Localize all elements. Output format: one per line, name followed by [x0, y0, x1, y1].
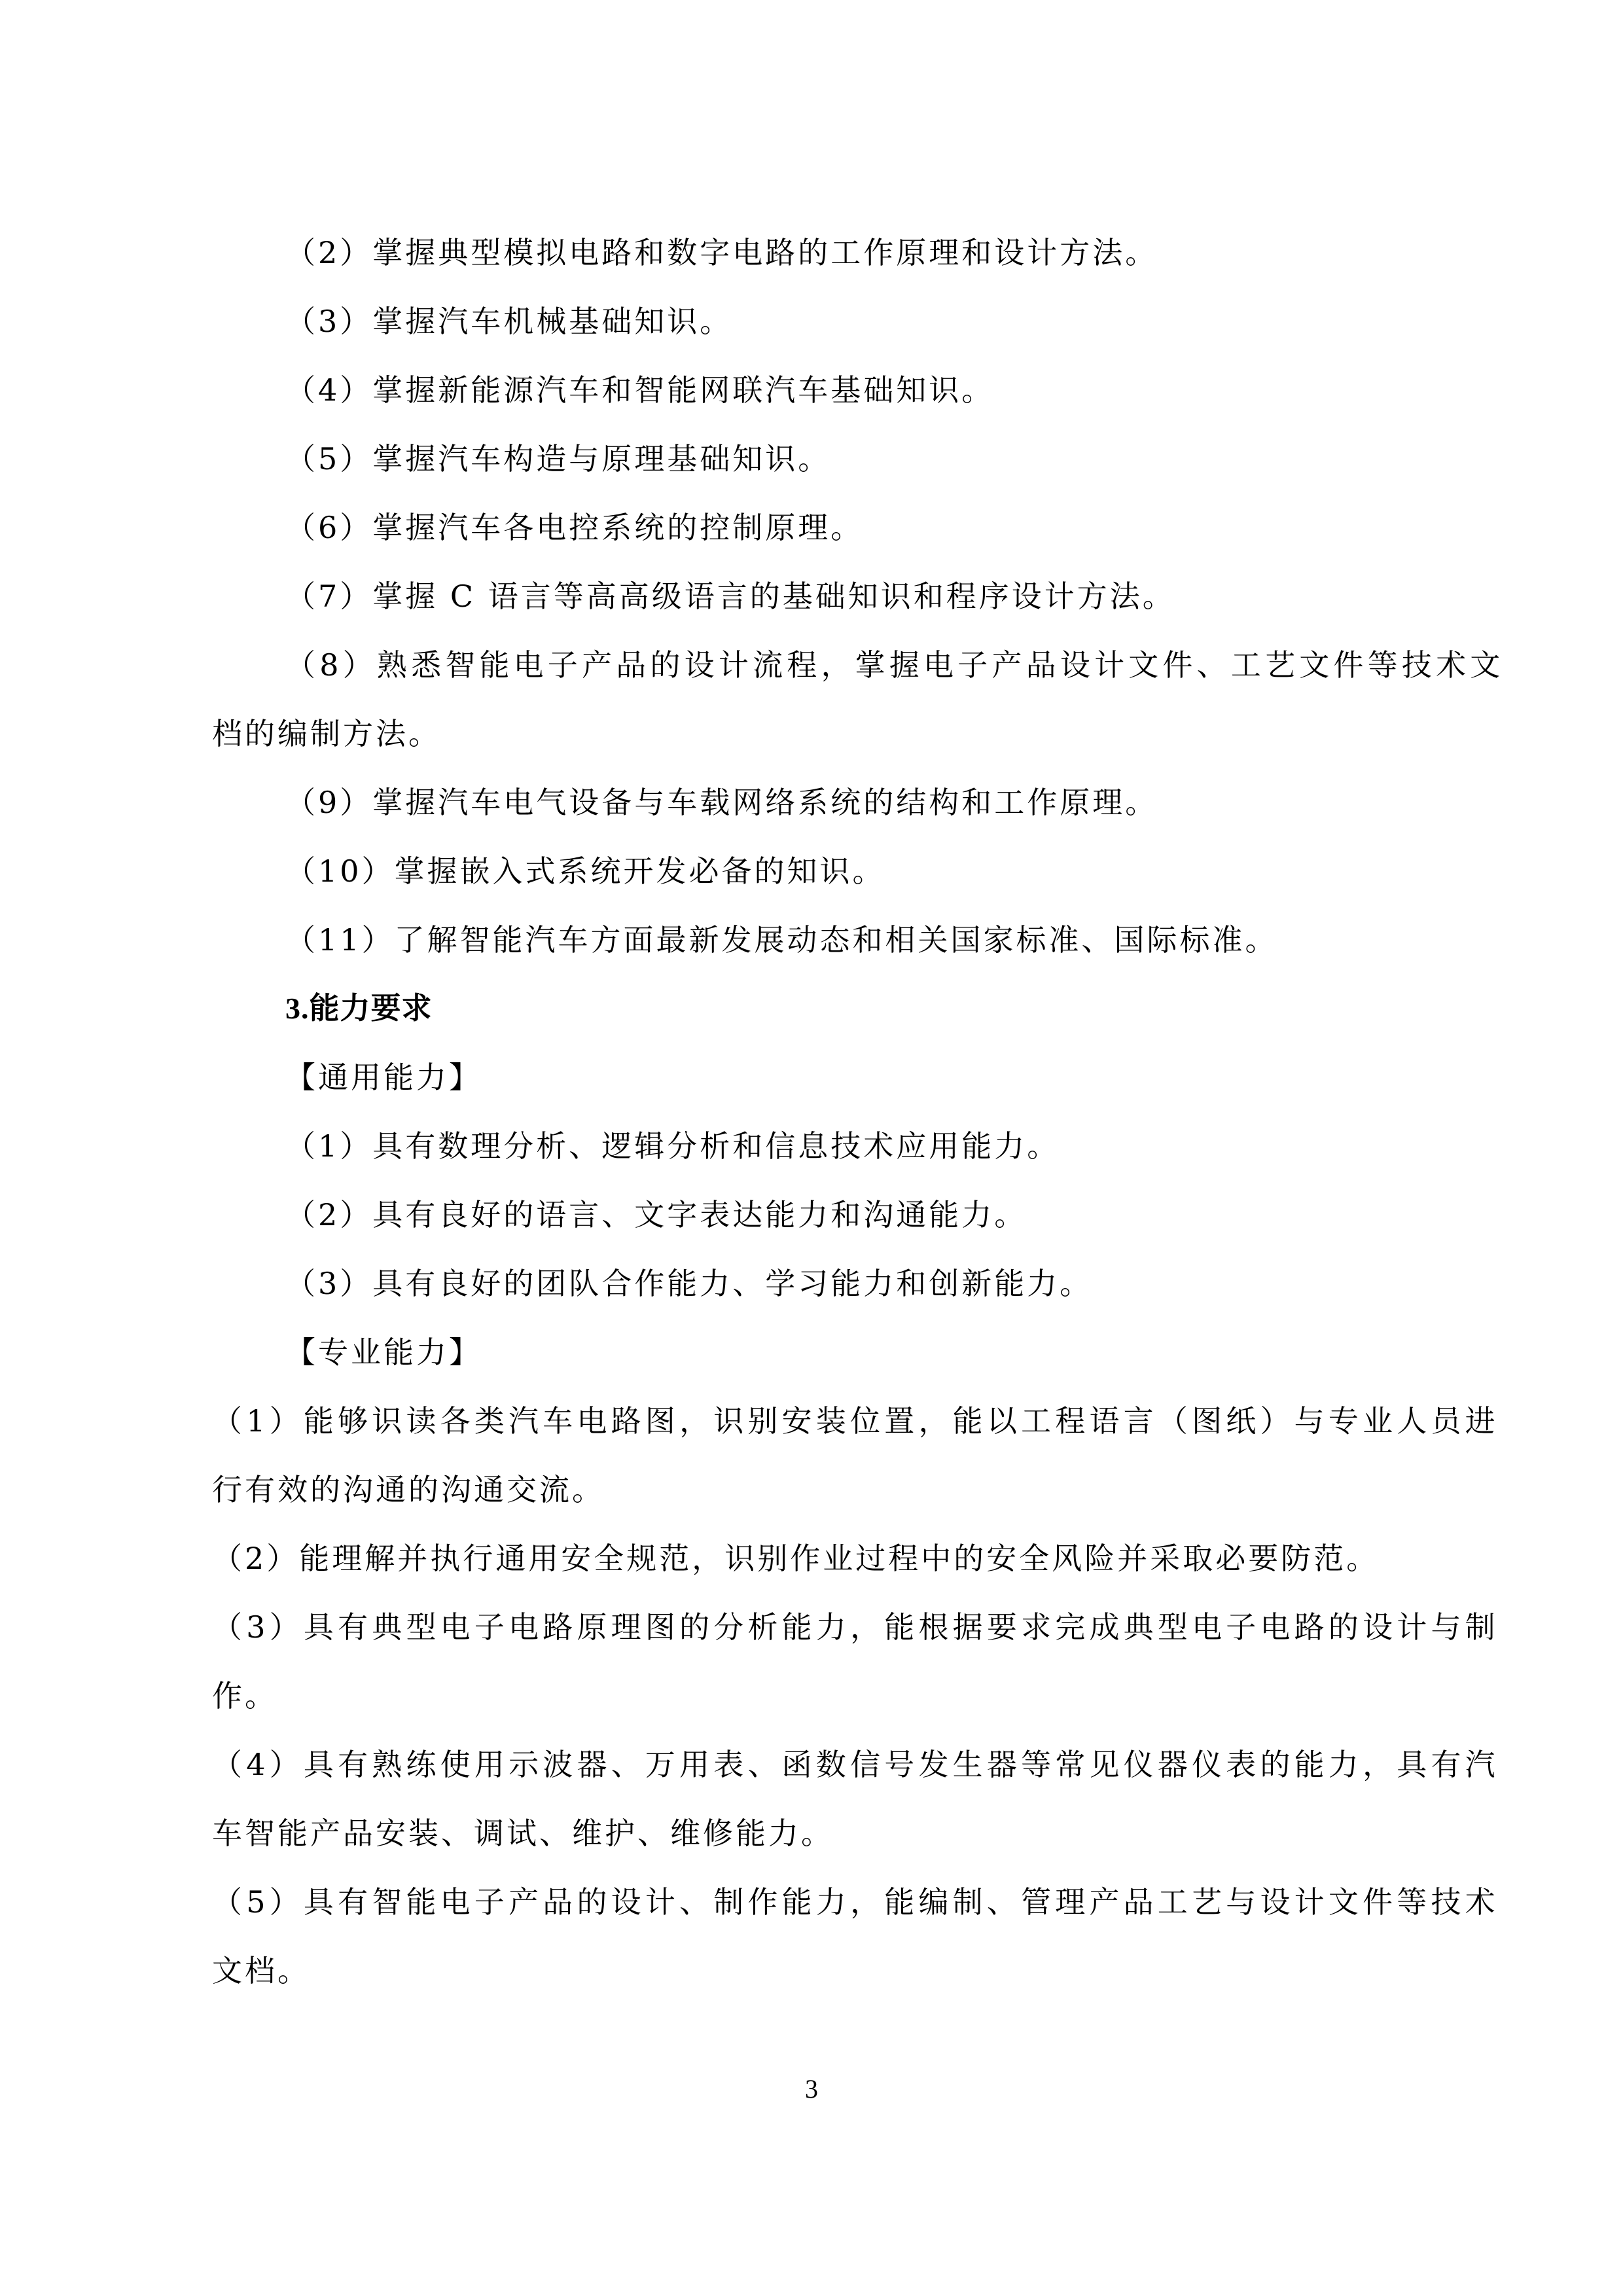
- professional-ability-item-5-line2: 文档。: [212, 1952, 1436, 1990]
- general-ability-item-2: （2）具有良好的语言、文字表达能力和沟通能力。: [285, 1196, 1437, 1234]
- page-number: 3: [0, 2073, 1623, 2104]
- professional-ability-item-2: （2）能理解并执行通用安全规范，识别作业过程中的安全风险并采取必要防范。: [212, 1539, 1436, 1577]
- general-ability-label: 【通用能力】: [285, 1058, 1437, 1096]
- section-heading: 3.能力要求: [285, 990, 1437, 1028]
- general-ability-item-3: （3）具有良好的团队合作能力、学习能力和创新能力。: [285, 1265, 1437, 1302]
- professional-ability-item-3-line2: 作。: [212, 1677, 1436, 1715]
- professional-ability-item-1-line1: （1）能够识读各类汽车电路图，识别安装位置，能以工程语言（图纸）与专业人员进: [212, 1402, 1436, 1440]
- knowledge-item-8-line1: （8）熟悉智能电子产品的设计流程，掌握电子产品设计文件、工艺文件等技术文: [285, 646, 1437, 684]
- knowledge-item-10: （10）掌握嵌入式系统开发必备的知识。: [285, 852, 1437, 890]
- knowledge-item-2: （2）掌握典型模拟电路和数字电路的工作原理和设计方法。: [285, 234, 1437, 272]
- professional-ability-item-3-line1: （3）具有典型电子电路原理图的分析能力，能根据要求完成典型电子电路的设计与制: [212, 1608, 1436, 1646]
- knowledge-item-4: （4）掌握新能源汽车和智能网联汽车基础知识。: [285, 371, 1437, 409]
- knowledge-item-9: （9）掌握汽车电气设备与车载网络系统的结构和工作原理。: [285, 783, 1437, 821]
- professional-ability-item-1-line2: 行有效的沟通的沟通交流。: [212, 1471, 1436, 1509]
- professional-ability-item-4-line1: （4）具有熟练使用示波器、万用表、函数信号发生器等常见仪器仪表的能力，具有汽: [212, 1746, 1436, 1784]
- knowledge-item-7: （7）掌握 C 语言等高高级语言的基础知识和程序设计方法。: [285, 577, 1437, 615]
- professional-ability-label: 【专业能力】: [285, 1333, 1437, 1371]
- knowledge-item-5: （5）掌握汽车构造与原理基础知识。: [285, 440, 1437, 478]
- knowledge-item-6: （6）掌握汽车各电控系统的控制原理。: [285, 509, 1437, 547]
- document-page: （2）掌握典型模拟电路和数字电路的工作原理和设计方法。 （3）掌握汽车机械基础知…: [0, 0, 1623, 2296]
- professional-ability-item-4-line2: 车智能产品安装、调试、维护、维修能力。: [212, 1814, 1436, 1852]
- general-ability-item-1: （1）具有数理分析、逻辑分析和信息技术应用能力。: [285, 1127, 1437, 1165]
- professional-ability-item-5-line1: （5）具有智能电子产品的设计、制作能力，能编制、管理产品工艺与设计文件等技术: [212, 1883, 1436, 1921]
- knowledge-item-11: （11）了解智能汽车方面最新发展动态和相关国家标准、国际标准。: [285, 921, 1437, 959]
- knowledge-item-3: （3）掌握汽车机械基础知识。: [285, 302, 1437, 340]
- knowledge-item-8-line2: 档的编制方法。: [212, 715, 1436, 753]
